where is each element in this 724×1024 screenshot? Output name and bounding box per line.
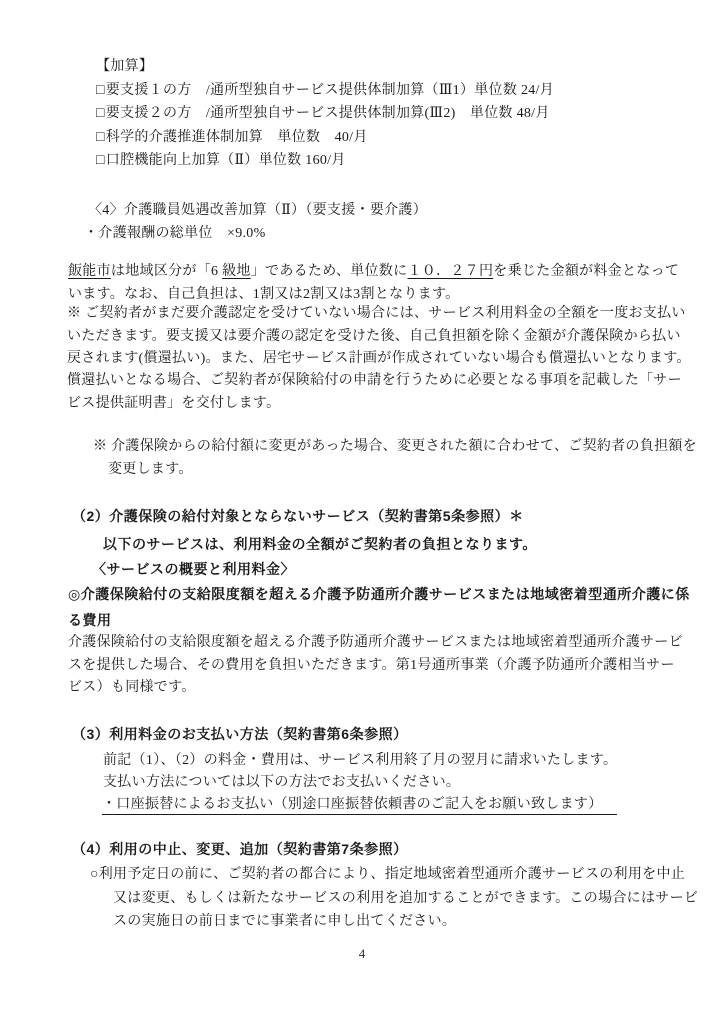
note-reimbursement-line: ※ ご契約者がまだ要介護認定を受けていない場合には、サービス利用料金の全額を一度…: [67, 304, 686, 324]
section2-heading: （2）介護保険の給付対象とならないサービス（契約書第5条参照）＊: [72, 506, 524, 526]
section4-heading: （4）利用の中止、変更、追加（契約書第7条参照）: [72, 839, 408, 859]
checkbox-icon: □: [96, 153, 105, 168]
section3-heading: （3）利用料金のお支払い方法（契約書第6条参照）: [72, 724, 408, 744]
note-reimbursement-line: 償還払いとなる場合、ご契約者が保険給付の申請を行うために必要となる事項を記載した…: [67, 371, 682, 391]
excess-cost-body-line: ビス）も同様です。: [68, 678, 196, 698]
checkbox-icon: □: [96, 106, 105, 121]
area-grade-underlined: 級地: [222, 264, 251, 279]
unit-price-paragraph-line1: 飯能市は地域区分が「6 級地」であるため、単位数に１０．２７円を乗じた金額が料金…: [68, 262, 679, 282]
cancellation-line1: ○利用予定日の前に、ご契約者の都合により、指定地域密着型通所介護サービスの利用を…: [90, 865, 685, 885]
payment-method-line2: 支払い方法については以下の方法でお支払いください。: [103, 773, 460, 793]
excess-cost-title-line2: る費用: [68, 610, 112, 630]
addition-item-row: □要支援１の方 /通所型独自サービス提供体制加算（Ⅲ1）単位数 24/月: [96, 81, 554, 101]
service-overview-heading: 〈サービスの概要と利用料金〉: [92, 559, 295, 579]
note-benefit-change-line1: ※ 介護保険からの給付額に変更があった場合、変更された額に合わせて、ご契約者の負…: [93, 437, 697, 457]
addition-item-label: 要支援１の方 /通所型独自サービス提供体制加算（Ⅲ1）単位数 24/月: [106, 83, 554, 98]
note-reimbursement-line: いただきます。要支援又は要介護の認定を受けた後、自己負担額を除く金額が介護保険か…: [67, 327, 681, 347]
note-reimbursement-line: 戻されます(償還払い)。また、居宅サービス計画が作成されていない場合も償還払いと…: [67, 349, 691, 369]
payment-method-line1: 前記（1）、（2）の料金・費用は、サービス利用終了月の翌月に請求いたします。: [103, 751, 617, 771]
bank-transfer-text: ・口座振替によるお支払い（別途口座振替依頼書のご記入をお願い致します）: [102, 797, 617, 815]
addition-item-row: □要支援２の方 /通所型独自サービス提供体制加算(Ⅲ2) 単位数 48/月: [96, 104, 550, 124]
checkbox-icon: □: [96, 130, 105, 145]
city-name-underlined: 飯能市: [68, 264, 111, 279]
unit-price-underlined: １０．２７円: [407, 264, 493, 279]
excess-cost-body-line: スを提供した場合、その費用を負担いただきます。第1号通所事業（介護予防通所介護相…: [68, 656, 675, 676]
addition-item-label: 要支援２の方 /通所型独自サービス提供体制加算(Ⅲ2) 単位数 48/月: [106, 106, 550, 121]
checkbox-icon: □: [96, 83, 105, 98]
addition-item-label: 口腔機能向上加算（Ⅱ）単位数 160/月: [106, 153, 346, 168]
cancellation-line2: 又は変更、もしくは新たなサービスの利用を追加することができます。この場合にはサー…: [113, 889, 698, 909]
excess-cost-body-line: 介護保険給付の支給限度額を超える介護予防通所介護サービスまたは地域密着型通所介護…: [68, 633, 683, 653]
addition-item-row: □科学的介護推進体制加算 単位数 40/月: [96, 128, 368, 148]
addition-item-label: 科学的介護推進体制加算 単位数 40/月: [106, 130, 368, 145]
bank-transfer-underlined-line: ・口座振替によるお支払い（別途口座振替依頼書のご記入をお願い致します）: [102, 795, 617, 815]
cancellation-line3: スの実施日の前日までに事業者に申し出てください。: [113, 912, 456, 932]
treatment-improvement-heading: 〈4〉介護職員処遇改善加算（Ⅱ）（要支援・要介護）: [88, 201, 427, 221]
note-reimbursement-line: ビス提供証明書」を交付します。: [67, 394, 280, 414]
document-page: 【加算】 □要支援１の方 /通所型独自サービス提供体制加算（Ⅲ1）単位数 24/…: [0, 0, 724, 1024]
section2-subheading: 以下のサービスは、利用料金の全額がご契約者の負担となります。: [103, 534, 537, 554]
page-number: 4: [0, 946, 724, 962]
unit-price-text: は地域区分が「6: [111, 264, 222, 279]
addition-section-title: 【加算】: [96, 57, 153, 77]
note-benefit-change-line2: 変更します。: [108, 460, 193, 480]
unit-price-text: を乗じた金額が料金となって: [493, 264, 679, 279]
addition-item-row: □口腔機能向上加算（Ⅱ）単位数 160/月: [96, 151, 346, 171]
excess-cost-title-line1: ◎介護保険給付の支給限度額を超える介護予防通所介護サービスまたは地域密着型通所介…: [68, 584, 690, 604]
unit-price-paragraph-line2: います。なお、自己負担は、1割又は2割又は3割となります。: [68, 285, 459, 305]
treatment-improvement-detail: ・介護報酬の総単位 ×9.0%: [84, 224, 266, 244]
unit-price-text: 」であるため、単位数に: [251, 264, 408, 279]
